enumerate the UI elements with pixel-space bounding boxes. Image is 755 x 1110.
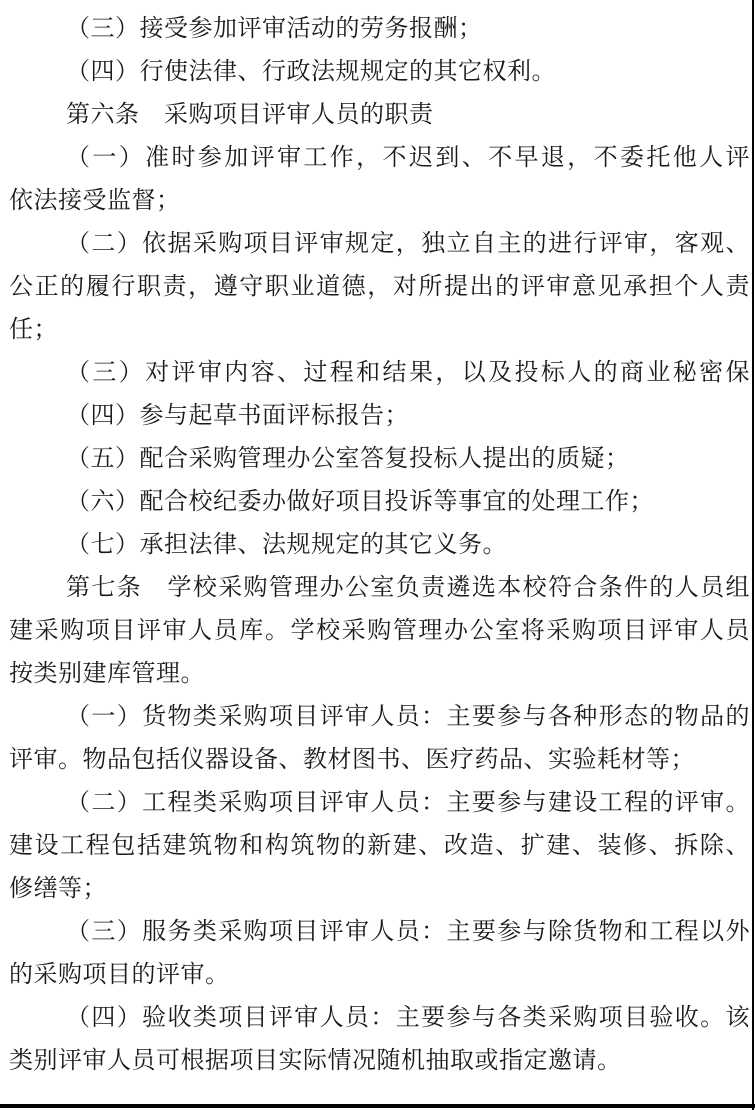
document-line: 建采购项目评审人员库。学校采购管理办公室将采购项目评审人员 (9, 610, 750, 653)
document-page: （三）接受参加评审活动的劳务报酬；（四）行使法律、行政法规规定的其它权利。第六条… (0, 0, 755, 1110)
page-bottom-rule (0, 1104, 755, 1108)
document-line: （四）验收类项目评审人员：主要参与各类采购项目验收。该 (9, 997, 750, 1040)
document-line: 依法接受监督； (9, 180, 750, 223)
document-body: （三）接受参加评审活动的劳务报酬；（四）行使法律、行政法规规定的其它权利。第六条… (9, 8, 750, 1083)
document-line: 第六条 采购项目评审人员的职责 (9, 94, 750, 137)
document-line: （七）承担法律、法规规定的其它义务。 (9, 524, 750, 567)
page-right-edge-line (752, 0, 754, 1110)
document-line: （四）行使法律、行政法规规定的其它权利。 (9, 51, 750, 94)
document-line: （一）货物类采购项目评审人员：主要参与各种形态的物品的 (9, 696, 750, 739)
document-screenshot: { "page": { "background": "#ffffff", "te… (0, 0, 755, 1110)
document-line: 修缮等； (9, 868, 750, 911)
document-line: 按类别建库管理。 (9, 653, 750, 696)
document-line: （一）准时参加评审工作，不迟到、不早退，不委托他人评标， (9, 137, 750, 180)
document-line: 评审。物品包括仪器设备、教材图书、医疗药品、实验耗材等； (9, 739, 750, 782)
document-line: 建设工程包括建筑物和构筑物的新建、改造、扩建、装修、拆除、 (9, 825, 750, 868)
document-line: （三）对评审内容、过程和结果，以及投标人的商业秘密保密； (9, 352, 750, 395)
document-line: （三）接受参加评审活动的劳务报酬； (9, 8, 750, 51)
document-line: （二）工程类采购项目评审人员：主要参与建设工程的评审。 (9, 782, 750, 825)
document-line: 公正的履行职责，遵守职业道德，对所提出的评审意见承担个人责 (9, 266, 750, 309)
document-line: 类别评审人员可根据项目实际情况随机抽取或指定邀请。 (9, 1040, 750, 1083)
document-line: 第七条 学校采购管理办公室负责遴选本校符合条件的人员组 (9, 567, 750, 610)
document-line: （二）依据采购项目评审规定，独立自主的进行评审，客观、 (9, 223, 750, 266)
document-line: （四）参与起草书面评标报告； (9, 395, 750, 438)
document-line: （三）服务类采购项目评审人员：主要参与除货物和工程以外 (9, 911, 750, 954)
document-line: （五）配合采购管理办公室答复投标人提出的质疑； (9, 438, 750, 481)
document-line: 的采购项目的评审。 (9, 954, 750, 997)
document-line: 任； (9, 309, 750, 352)
document-line: （六）配合校纪委办做好项目投诉等事宜的处理工作； (9, 481, 750, 524)
